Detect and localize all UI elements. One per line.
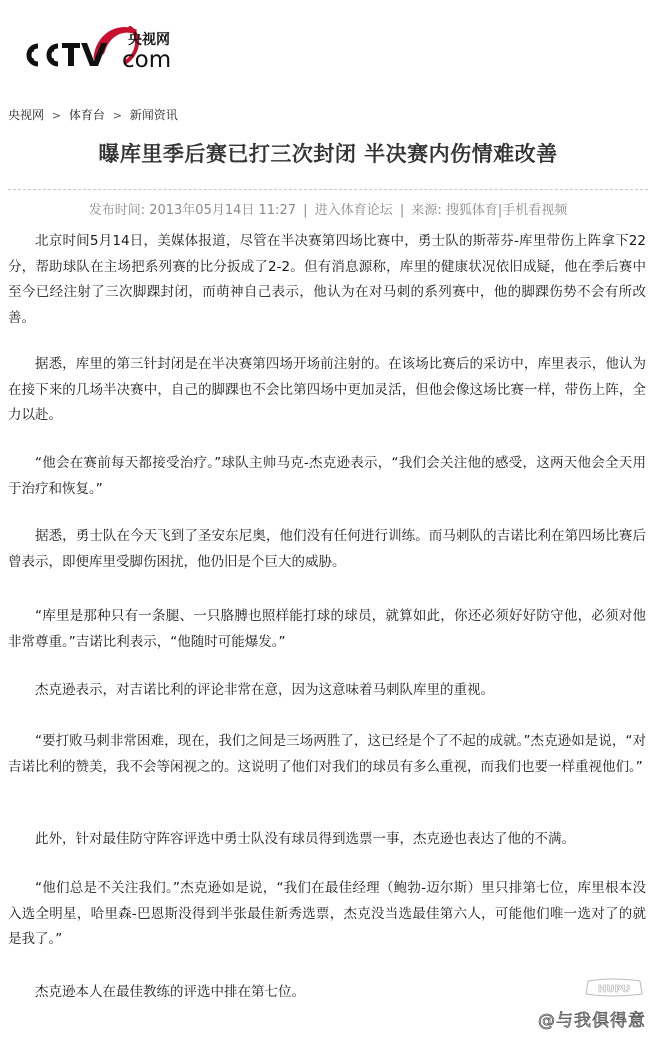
article-paragraph: 据悉，勇士队在今天飞到了圣安东尼奥，他们没有任何进行训练。而马刺队的吉诺比利在第… bbox=[8, 524, 646, 575]
article-paragraph: 杰克逊表示，对吉诺比利的评论非常在意，因为这意味着马刺队库里的重视。 bbox=[8, 678, 646, 704]
article-paragraph: 北京时间5月14日，美媒体报道，尽管在半决赛第四场比赛中，勇士队的斯蒂芬-库里带… bbox=[8, 229, 646, 331]
hupu-logo-icon: HUPU bbox=[584, 978, 644, 998]
watermark-handle: @与我俱得意 bbox=[538, 1006, 646, 1031]
breadcrumb-separator: > bbox=[113, 109, 122, 122]
article-paragraph: “要打败马刺非常困难，现在，我们之间是三场两胜了，这已经是个了不起的成就。”杰克… bbox=[8, 729, 646, 780]
breadcrumb: 央视网 > 体育台 > 新闻资讯 bbox=[8, 106, 178, 123]
source-label: 来源: bbox=[411, 203, 441, 218]
svg-text:com: com bbox=[122, 47, 171, 72]
forum-link[interactable]: 进入体育论坛 bbox=[315, 203, 393, 218]
article-meta: 发布时间: 2013年05月14日 11:27 | 进入体育论坛 | 来源: 搜… bbox=[0, 199, 656, 218]
article-paragraph: 此外，针对最佳防守阵容评选中勇士队没有球员得到选票一事，杰克逊也表达了他的不满。 bbox=[8, 827, 646, 853]
publish-time: 2013年05月14日 11:27 bbox=[149, 203, 296, 218]
source-link[interactable]: 搜狐体育 bbox=[446, 203, 498, 218]
meta-separator: | bbox=[303, 203, 307, 218]
article-paragraph: “库里是那种只有一条腿、一只胳膊也照样能打球的球员，就算如此，你还必须好好防守他… bbox=[8, 604, 646, 655]
article-paragraph: “他会在赛前每天都接受治疗。”球队主帅马克-杰克逊表示，“我们会关注他的感受，这… bbox=[8, 451, 646, 502]
svg-text:HUPU: HUPU bbox=[598, 984, 630, 995]
article-paragraph: 据悉，库里的第三针封闭是在半决赛第四场开场前注射的。在该场比赛后的采访中，库里表… bbox=[8, 352, 646, 429]
hupu-watermark-logo: HUPU bbox=[584, 978, 644, 998]
cctv-logo[interactable]: 央视网 com bbox=[18, 22, 183, 72]
breadcrumb-item-cctv[interactable]: 央视网 bbox=[8, 108, 44, 122]
breadcrumb-item-sports[interactable]: 体育台 bbox=[69, 108, 105, 122]
title-divider bbox=[8, 189, 648, 190]
breadcrumb-separator: > bbox=[52, 109, 61, 122]
svg-text:央视网: 央视网 bbox=[128, 31, 170, 48]
article-title: 曝库里季后赛已打三次封闭 半决赛内伤情难改善 bbox=[0, 138, 656, 168]
meta-separator: | bbox=[400, 203, 404, 218]
publish-label: 发布时间: bbox=[89, 203, 145, 218]
mobile-video-link[interactable]: 手机看视频 bbox=[502, 203, 567, 218]
article-paragraph: “他们总是不关注我们。”杰克逊如是说，“我们在最佳经理（鲍勃-迈尔斯）里只排第七… bbox=[8, 876, 646, 953]
cctv-logo-icon: 央视网 com bbox=[18, 22, 183, 72]
article-paragraph: 杰克逊本人在最佳教练的评选中排在第七位。 bbox=[8, 980, 646, 1006]
breadcrumb-item-news[interactable]: 新闻资讯 bbox=[130, 108, 178, 122]
